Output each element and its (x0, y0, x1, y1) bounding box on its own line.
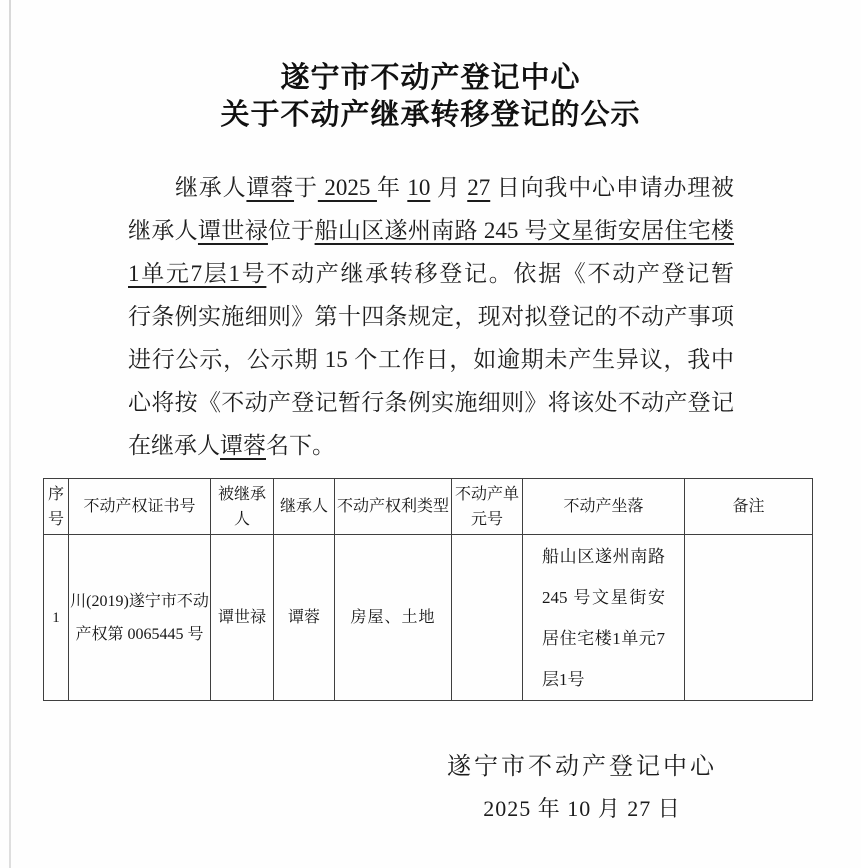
table-row: 1 川(2019)遂宁市不动产权第 0065445 号 谭世禄 谭蓉 房屋、土地… (44, 535, 813, 701)
plain-text: 心将按《不动产登记暂行条例实施细则》将该处不动产登记 (128, 390, 734, 415)
underlined-text: 船山区遂州南路 245 号文星街安居住宅楼 (315, 218, 734, 243)
col-header-decedent: 被继承人 (211, 479, 274, 535)
col-header-heir: 继承人 (274, 479, 335, 535)
plain-text: 进行公示，公示期 15 个工作日，如逾期未产生异议，我中 (128, 347, 734, 372)
body-line: 继承人谭世禄位于船山区遂州南路 245 号文星街安居住宅楼 (128, 209, 734, 252)
body-line: 心将按《不动产登记暂行条例实施细则》将该处不动产登记 (128, 381, 734, 424)
underlined-text: 谭蓉 (246, 175, 294, 200)
signature-org: 遂宁市不动产登记中心 (436, 746, 728, 781)
signature-date: 2025 年 10 月 27 日 (436, 792, 728, 823)
body-line: 在继承人谭蓉名下。 (128, 424, 734, 467)
plain-text: 继承人 (128, 218, 198, 243)
underlined-text: 2025 (318, 175, 377, 200)
col-header-right-type: 不动产权利类型 (335, 479, 452, 535)
document-page: 遂宁市不动产登记中心 关于不动产继承转移登记的公示 继承人谭蓉于 2025 年 … (0, 0, 861, 868)
cell-unit-number (452, 535, 523, 701)
cell-remarks (685, 535, 813, 701)
underlined-text: 27 (467, 175, 490, 200)
col-header-unit-number: 不动产单元号 (452, 479, 523, 535)
plain-text: 在继承人 (128, 433, 220, 458)
cell-cert-number: 川(2019)遂宁市不动产权第 0065445 号 (69, 535, 211, 701)
plain-text: 日向我中心申请办理被 (490, 175, 734, 200)
plain-text: 名下。 (266, 433, 335, 458)
underlined-text: 1单元7层1号 (128, 261, 266, 286)
body-line: 继承人谭蓉于 2025 年 10 月 27 日向我中心申请办理被 (128, 166, 734, 209)
underlined-text: 谭世禄 (198, 218, 268, 243)
body-line: 进行公示，公示期 15 个工作日，如逾期未产生异议，我中 (128, 338, 734, 381)
table-header-row: 序号 不动产权证书号 被继承人 继承人 不动产权利类型 不动产单元号 不动产坐落… (44, 479, 813, 535)
document-title: 遂宁市不动产登记中心 关于不动产继承转移登记的公示 (0, 60, 861, 134)
plain-text: 位于 (268, 218, 315, 243)
cell-heir: 谭蓉 (274, 535, 335, 701)
plain-text: 年 (377, 175, 407, 200)
underlined-text: 谭蓉 (220, 433, 266, 458)
col-header-remarks: 备注 (685, 479, 813, 535)
notice-body: 继承人谭蓉于 2025 年 10 月 27 日向我中心申请办理被继承人谭世禄位于… (128, 166, 734, 467)
cell-location: 船山区遂州南路 245 号文星街安居住宅楼1单元7层1号 (523, 535, 685, 701)
plain-text: 于 (294, 175, 318, 200)
plain-text: 不动产继承转移登记。依据《不动产登记暂 (266, 261, 734, 286)
body-line: 1单元7层1号不动产继承转移登记。依据《不动产登记暂 (128, 252, 734, 295)
cell-decedent: 谭世禄 (211, 535, 274, 701)
col-header-cert-number: 不动产权证书号 (69, 479, 211, 535)
plain-text: 月 (430, 175, 467, 200)
cell-seq: 1 (44, 535, 69, 701)
plain-text: 行条例实施细则》第十四条规定，现对拟登记的不动产事项 (128, 304, 734, 329)
property-table: 序号 不动产权证书号 被继承人 继承人 不动产权利类型 不动产单元号 不动产坐落… (43, 478, 813, 701)
plain-text: 继承人 (175, 175, 246, 200)
title-line-1: 遂宁市不动产登记中心 (0, 60, 861, 97)
title-line-2: 关于不动产继承转移登记的公示 (0, 97, 861, 134)
cell-right-type: 房屋、土地 (335, 535, 452, 701)
underlined-text: 10 (407, 175, 430, 200)
col-header-location: 不动产坐落 (523, 479, 685, 535)
body-line: 行条例实施细则》第十四条规定，现对拟登记的不动产事项 (128, 295, 734, 338)
col-header-seq: 序号 (44, 479, 69, 535)
